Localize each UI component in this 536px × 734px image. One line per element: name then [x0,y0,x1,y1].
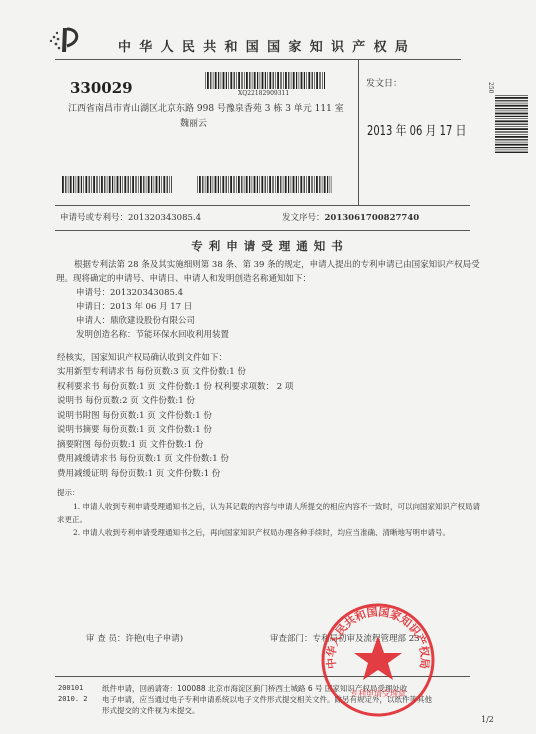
tips-title: 提示： [57,487,80,498]
field-value: 鼎欣建设股份有限公司 [110,316,195,326]
footer-code: 200101 [58,684,83,692]
divider [55,230,470,231]
issue-date-label: 发文日： [366,76,402,89]
mail-barcode-label: XQ22182909311 [238,90,289,97]
serial-number-label: 发文序号： [282,213,325,223]
postcode: 330029 [70,79,133,97]
document-row: 权利要求书 每份页数:1 页 文件份数:1 份 权利要求项数： 2 项 [57,380,293,392]
document-row: 费用减缓证明 每份页数:1 页 文件份数:1 份 [57,467,220,479]
application-number-label: 申请号或专利号： [60,213,128,223]
field-filing-date: 申请日：2013 年 06 月 17 日 [76,300,192,312]
received-title: 经核实，国家知识产权局确认收到文件如下： [57,351,227,363]
patent-acceptance-notice: 中华人民共和国国家知识产权局 330029 XQ22182909311 江西省南… [0,0,536,734]
field-label: 发明创造名称： [76,330,136,340]
serial-number-value: 2013061700827740 [325,213,420,223]
document-row: 实用新型专利请求书 每份页数:3 页 文件份数:1 份 [57,365,246,377]
divider [55,205,470,206]
recipient-address: 江西省南昌市青山湖区北京东路 998 号豫泉香苑 3 栋 3 单元 111 室 [68,101,344,114]
reviewer: 审 查 员：许艳(电子申请) [86,632,183,644]
divider [55,59,461,60]
reviewer-name: 许艳(电子申请) [125,634,183,644]
reviewer-label: 审 查 员： [86,634,125,644]
application-number-value: 201320343085.4 [128,213,201,223]
tip-item: 2. 申请人收到专利申请受理通知书之后，再向国家知识产权局办理各种手续时，均应当… [57,526,487,539]
side-code: 250 [487,82,494,93]
page-number: 1/2 [481,715,494,724]
notice-intro: 根据专利法第 28 条及其实施细则第 38 条、第 39 条的规定，申请人提出的… [56,258,486,286]
field-label: 申请人： [76,316,110,326]
divider [358,59,359,205]
department-label: 审查部门： [270,634,313,644]
field-value: 201320343085.4 [110,288,183,298]
application-barcode [62,176,172,193]
svg-text:专利申请受理章: 专利申请受理章 [350,688,406,698]
field-application-number: 申请号：201320343085.4 [76,286,183,298]
field-label: 申请日： [76,302,110,312]
cnipa-logo-icon [45,26,83,54]
tip-item: 1. 申请人收到专利申请受理通知书之后，认为其记载的内容与申请人所提交的相应内容… [57,500,487,526]
serial-number: 发文序号：2013061700827740 [282,211,419,223]
serial-barcode [197,176,332,193]
side-barcode [495,95,528,153]
document-row: 说明书附图 每份页数:1 页 文件份数:1 份 [57,409,212,421]
document-row: 摘要附图 每份页数:1 页 文件份数:1 份 [57,438,203,450]
field-value: 节能环保水回收利用装置 [136,330,230,340]
field-invention-title: 发明创造名称：节能环保水回收利用装置 [76,328,229,340]
field-value: 2013 年 06 月 17 日 [110,302,192,312]
footer-code: 2010. 2 [58,695,88,703]
recipient-name: 魏丽云 [180,116,207,129]
org-title: 中华人民共和国国家知识产权局 [118,36,416,55]
field-applicant: 申请人：鼎欣建设股份有限公司 [76,314,195,326]
document-row: 说明书 每份页数:2 页 文件份数:1 份 [57,394,195,406]
document-row: 费用减缓请求书 每份页数:1 页 文件份数:1 份 [57,452,229,464]
document-row: 说明书摘要 每份页数:1 页 文件份数:1 份 [57,423,212,435]
application-number: 申请号或专利号：201320343085.4 [60,211,201,223]
field-label: 申请号： [76,288,110,298]
mail-barcode [205,72,325,89]
official-seal-icon: 中华人民共和国国家知识产权局 专利申请受理章 [318,600,438,720]
notice-title: 专利申请受理通知书 [50,238,490,254]
issue-date: 2013 年 06 月 17 日 [367,120,467,139]
